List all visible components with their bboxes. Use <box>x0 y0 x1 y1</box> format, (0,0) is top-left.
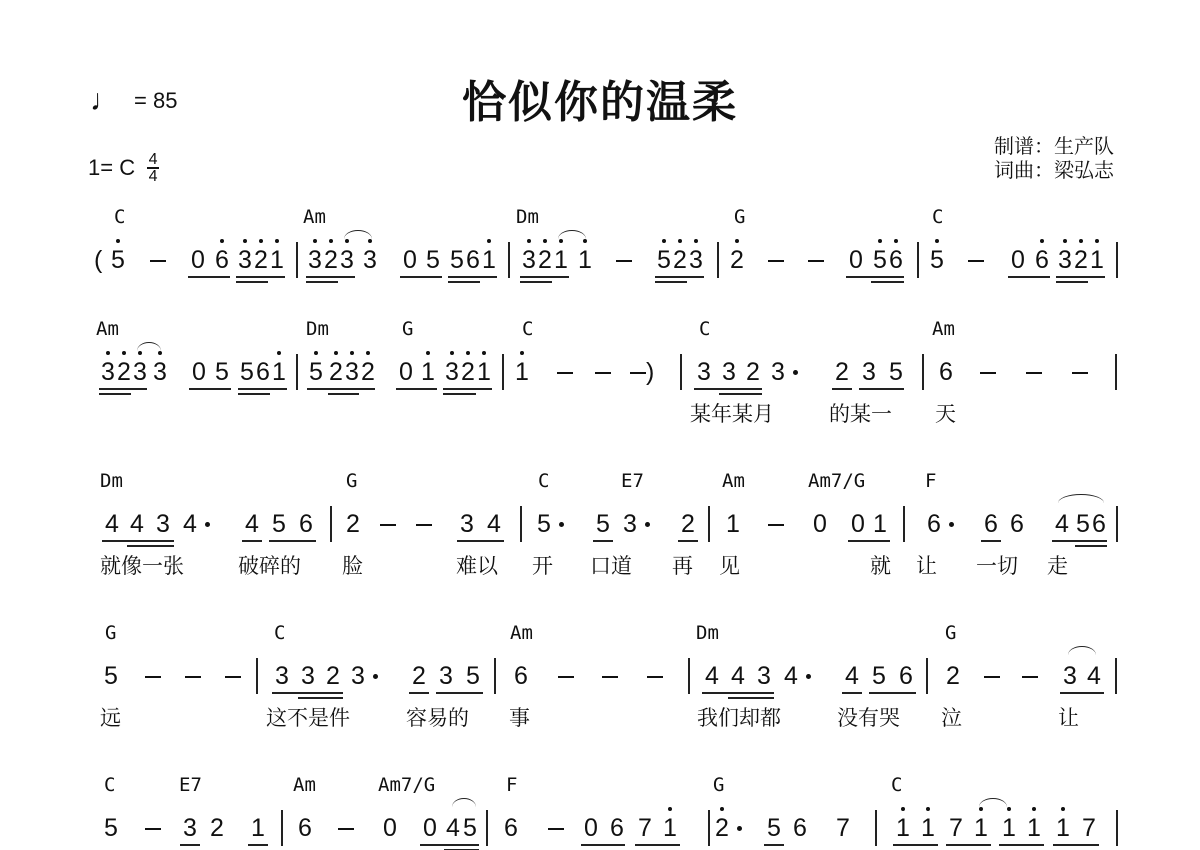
high-octave-dot-icon <box>106 351 110 355</box>
note-digit: 1 <box>270 246 284 274</box>
bar-line <box>917 242 919 278</box>
high-octave-dot-icon <box>350 351 354 355</box>
key-text: 1= C <box>88 155 135 181</box>
eighth-underline <box>832 388 852 390</box>
note: 4 <box>445 814 461 842</box>
note: 3 <box>861 358 877 386</box>
lyric-text: 这不是件 <box>266 702 350 732</box>
augmentation-dot-icon <box>645 522 650 527</box>
note-digit: 5 <box>104 662 118 690</box>
high-octave-dot-icon <box>1032 807 1036 811</box>
note-digit: 5 <box>240 358 254 386</box>
note: 4 <box>730 662 746 690</box>
note: 5 <box>103 814 119 842</box>
chord-symbol: Am <box>932 318 955 340</box>
note-digit: 1 <box>663 814 677 842</box>
chord-symbol: F <box>925 470 936 492</box>
note: 3 <box>155 510 171 538</box>
note-digit: 6 <box>514 662 528 690</box>
eighth-underline <box>236 276 285 278</box>
note: 4 <box>104 510 120 538</box>
augmentation-dot-icon <box>373 674 378 679</box>
note-digit: 6 <box>939 358 953 386</box>
note: 0 <box>850 510 866 538</box>
note: 5 <box>1075 510 1091 538</box>
lyric-text: 没有哭 <box>837 702 900 732</box>
chord-symbol: G <box>713 774 724 796</box>
bar-line <box>296 242 298 278</box>
credit-lyrics-music: 词曲：梁弘志 <box>994 158 1114 182</box>
eighth-underline <box>635 844 680 846</box>
note: 3 <box>350 662 366 690</box>
note: 3 <box>438 662 454 690</box>
note-digit: 5 <box>596 510 610 538</box>
note: 3 <box>521 246 537 274</box>
chord-symbol: Dm <box>696 622 719 644</box>
high-octave-dot-icon <box>1095 239 1099 243</box>
sustain-dash <box>630 372 646 374</box>
high-octave-dot-icon <box>259 239 263 243</box>
note: 3 <box>307 246 323 274</box>
high-octave-dot-icon <box>466 351 470 355</box>
note-digit: 4 <box>1055 510 1069 538</box>
bar-line <box>680 354 682 390</box>
note-digit: 3 <box>771 358 785 386</box>
note: 2 <box>411 662 427 690</box>
tie-slur <box>979 798 1007 807</box>
chord-symbol: Dm <box>100 470 123 492</box>
tie-slur <box>137 342 161 351</box>
eighth-underline <box>842 692 862 694</box>
augmentation-dot-icon <box>806 674 811 679</box>
high-octave-dot-icon <box>559 239 563 243</box>
eighth-underline <box>593 540 613 542</box>
note-digit: 3 <box>862 358 876 386</box>
note-digit: 3 <box>156 510 170 538</box>
note: 6 <box>1091 510 1107 538</box>
high-octave-dot-icon <box>116 239 120 243</box>
bar-line <box>486 810 488 846</box>
note: 0 <box>583 814 599 842</box>
chord-symbol: C <box>699 318 710 340</box>
note-digit: 4 <box>446 814 460 842</box>
sustain-dash <box>225 676 241 678</box>
note-digit: 6 <box>504 814 518 842</box>
sustain-dash <box>1026 372 1042 374</box>
note-digit: 1 <box>1090 246 1104 274</box>
eighth-underline <box>1056 276 1105 278</box>
lyric-text: 容易的 <box>406 702 469 732</box>
note: 1 <box>1055 814 1071 842</box>
lyric-text: 就 <box>870 550 891 580</box>
note: 3 <box>344 358 360 386</box>
note: 4 <box>1054 510 1070 538</box>
tie-slur <box>344 230 372 239</box>
note-digit: 4 <box>1087 662 1101 690</box>
note-digit: 4 <box>130 510 144 538</box>
time-signature-top: 4 <box>149 152 158 167</box>
note-digit: 1 <box>896 814 910 842</box>
sustain-dash <box>557 372 573 374</box>
note: 5 <box>449 246 465 274</box>
note-digit: 6 <box>899 662 913 690</box>
note: 0 <box>402 246 418 274</box>
note-digit: 3 <box>689 246 703 274</box>
tie-slur <box>1068 646 1096 655</box>
high-octave-dot-icon <box>243 239 247 243</box>
note: 5 <box>465 662 481 690</box>
note-digit: 5 <box>215 358 229 386</box>
chord-symbol: Am <box>293 774 316 796</box>
eighth-underline <box>242 540 262 542</box>
note: 3 <box>770 358 786 386</box>
eighth-underline <box>981 540 1001 542</box>
note: 5 <box>888 358 904 386</box>
note: 5 <box>872 246 888 274</box>
eighth-underline <box>869 692 916 694</box>
sixteenth-underline <box>1075 545 1107 547</box>
note-digit: 1 <box>554 246 568 274</box>
note-digit: 2 <box>835 358 849 386</box>
note: 2 <box>729 246 745 274</box>
note: 1 <box>973 814 989 842</box>
note-digit: 2 <box>326 662 340 690</box>
note-digit: 6 <box>215 246 229 274</box>
note: 4 <box>182 510 198 538</box>
note-digit: 3 <box>133 358 147 386</box>
note-digit: 3 <box>757 662 771 690</box>
note: 3 <box>300 662 316 690</box>
note: 2 <box>253 246 269 274</box>
sustain-dash <box>416 524 432 526</box>
sixteenth-underline <box>655 281 687 283</box>
note-digit: 2 <box>673 246 687 274</box>
chord-symbol: Am <box>510 622 533 644</box>
key-signature: 1= C 4 4 <box>88 152 159 184</box>
note-digit: 4 <box>705 662 719 690</box>
note: 1 <box>1089 246 1105 274</box>
note-digit: 2 <box>746 358 760 386</box>
note: 1 <box>920 814 936 842</box>
note: 2 <box>460 358 476 386</box>
lyric-text: 再 <box>672 550 693 580</box>
note-digit: 2 <box>117 358 131 386</box>
sustain-dash <box>145 828 161 830</box>
chord-symbol: G <box>346 470 357 492</box>
note-digit: 4 <box>845 662 859 690</box>
lyric-text: 破碎的 <box>238 550 301 580</box>
note-digit: 5 <box>537 510 551 538</box>
sustain-dash <box>602 676 618 678</box>
high-octave-dot-icon <box>1061 807 1065 811</box>
eighth-underline <box>420 844 479 846</box>
chord-symbol: Am7/G <box>378 774 435 796</box>
eighth-underline <box>1008 276 1050 278</box>
chord-symbol: C <box>891 774 902 796</box>
lyric-text: 难以 <box>456 550 498 580</box>
eighth-underline <box>248 844 268 846</box>
note-digit: 7 <box>949 814 963 842</box>
note: 1 <box>725 510 741 538</box>
note-digit: 6 <box>889 246 903 274</box>
high-octave-dot-icon <box>662 239 666 243</box>
sustain-dash <box>595 372 611 374</box>
note: 1 <box>895 814 911 842</box>
note: 2 <box>325 662 341 690</box>
note-digit: 1 <box>251 814 265 842</box>
augmentation-dot-icon <box>559 522 564 527</box>
sustain-dash <box>808 260 824 262</box>
bar-line <box>1115 658 1117 694</box>
sixteenth-underline <box>871 281 904 283</box>
note-digit: 0 <box>584 814 598 842</box>
note-digit: 3 <box>340 246 354 274</box>
high-octave-dot-icon <box>487 239 491 243</box>
lyric-text: 天 <box>935 398 956 428</box>
high-octave-dot-icon <box>527 239 531 243</box>
lyric-text: 走 <box>1047 550 1068 580</box>
note-digit: 6 <box>1035 246 1049 274</box>
eighth-underline <box>238 388 287 390</box>
sustain-dash <box>150 260 166 262</box>
note-digit: 1 <box>421 358 435 386</box>
note-digit: 6 <box>466 246 480 274</box>
chord-symbol: C <box>104 774 115 796</box>
chord-symbol: C <box>114 206 125 228</box>
note: 7 <box>637 814 653 842</box>
eighth-underline <box>946 844 991 846</box>
note: 1 <box>1001 814 1017 842</box>
eighth-underline <box>1053 844 1099 846</box>
note-digit: 3 <box>697 358 711 386</box>
sustain-dash <box>984 676 1000 678</box>
note: 6 <box>465 246 481 274</box>
lyric-text: 远 <box>100 702 121 732</box>
note-digit: 3 <box>460 510 474 538</box>
note-digit: 1 <box>482 246 496 274</box>
sustain-dash <box>768 260 784 262</box>
high-octave-dot-icon <box>314 351 318 355</box>
note: 6 <box>983 510 999 538</box>
high-octave-dot-icon <box>901 807 905 811</box>
note-digit: 3 <box>345 358 359 386</box>
note: 5 <box>536 510 552 538</box>
note-digit: 3 <box>522 246 536 274</box>
chord-symbol: Am <box>303 206 326 228</box>
note-digit: 6 <box>984 510 998 538</box>
note: 6 <box>255 358 271 386</box>
eighth-underline <box>307 388 375 390</box>
note: 6 <box>214 246 230 274</box>
high-octave-dot-icon <box>720 807 724 811</box>
high-octave-dot-icon <box>138 351 142 355</box>
lyric-text: 开 <box>532 550 553 580</box>
note: 4 <box>704 662 720 690</box>
lyric-text: 泣 <box>941 702 962 732</box>
note-digit: 1 <box>477 358 491 386</box>
note-digit: 5 <box>873 246 887 274</box>
bar-line <box>502 354 504 390</box>
note-digit: 0 <box>851 510 865 538</box>
time-signature-bottom: 4 <box>149 169 158 184</box>
note: 6 <box>503 814 519 842</box>
note: 1 <box>420 358 436 386</box>
note-digit: 0 <box>399 358 413 386</box>
augmentation-dot-icon <box>793 370 798 375</box>
note: 5 <box>462 814 478 842</box>
high-octave-dot-icon <box>678 239 682 243</box>
high-octave-dot-icon <box>277 351 281 355</box>
lyric-text: 让 <box>1058 702 1079 732</box>
note: 5 <box>271 510 287 538</box>
note-digit: 2 <box>715 814 729 842</box>
bar-line <box>1116 242 1118 278</box>
note: 3 <box>132 358 148 386</box>
high-octave-dot-icon <box>334 351 338 355</box>
sustain-dash <box>647 676 663 678</box>
note: 6 <box>1034 246 1050 274</box>
lyric-text: 见 <box>719 550 740 580</box>
chord-symbol: Am <box>96 318 119 340</box>
eighth-underline <box>694 388 762 390</box>
note-digit: 1 <box>272 358 286 386</box>
note: 1 <box>481 246 497 274</box>
eighth-underline <box>848 540 890 542</box>
eighth-underline <box>448 276 497 278</box>
sixteenth-underline <box>236 281 268 283</box>
note: 5 <box>103 662 119 690</box>
sixteenth-underline <box>1056 281 1088 283</box>
note-digit: 5 <box>767 814 781 842</box>
note-digit: 0 <box>191 246 205 274</box>
sixteenth-underline <box>127 545 174 547</box>
note-digit: 2 <box>210 814 224 842</box>
note: 2 <box>328 358 344 386</box>
note: 3 <box>756 662 772 690</box>
note-digit: 2 <box>254 246 268 274</box>
augmentation-dot-icon <box>737 826 742 831</box>
note-digit: 5 <box>889 358 903 386</box>
high-octave-dot-icon <box>1079 239 1083 243</box>
note: 6 <box>513 662 529 690</box>
sixteenth-underline <box>448 281 480 283</box>
eighth-underline <box>457 540 504 542</box>
sustain-dash <box>145 676 161 678</box>
bar-line <box>256 658 258 694</box>
note: 1 <box>271 358 287 386</box>
note-digit: 2 <box>538 246 552 274</box>
augmentation-dot-icon <box>205 522 210 527</box>
high-octave-dot-icon <box>926 807 930 811</box>
song-title: 恰似你的温柔 <box>0 66 1200 130</box>
bar-line <box>688 658 690 694</box>
sustain-dash <box>980 372 996 374</box>
sixteenth-underline <box>728 697 774 699</box>
note: 3 <box>339 246 355 274</box>
note: 3 <box>100 358 116 386</box>
note: 5 <box>214 358 230 386</box>
sustain-dash <box>338 828 354 830</box>
note-digit: 4 <box>487 510 501 538</box>
note: 0 <box>422 814 438 842</box>
note: 3 <box>237 246 253 274</box>
note-digit: 3 <box>623 510 637 538</box>
note: 2 <box>116 358 132 386</box>
high-octave-dot-icon <box>313 239 317 243</box>
note-digit: 3 <box>363 246 377 274</box>
note: 0 <box>191 358 207 386</box>
high-octave-dot-icon <box>935 239 939 243</box>
note: 6 <box>609 814 625 842</box>
sustain-dash <box>380 524 396 526</box>
note-digit: 6 <box>1010 510 1024 538</box>
eighth-underline <box>272 692 343 694</box>
lyric-text: 的某一 <box>829 398 892 428</box>
note-digit: 0 <box>1011 246 1025 274</box>
note: 4 <box>844 662 860 690</box>
sixteenth-underline <box>520 281 552 283</box>
high-octave-dot-icon <box>543 239 547 243</box>
note-digit: 1 <box>1027 814 1041 842</box>
parenthesis: ) <box>646 358 654 386</box>
chord-symbol: Am <box>722 470 745 492</box>
note: 3 <box>182 814 198 842</box>
note-digit: 6 <box>256 358 270 386</box>
high-octave-dot-icon <box>583 239 587 243</box>
bar-line <box>520 506 522 542</box>
eighth-underline <box>764 844 784 846</box>
note: 0 <box>812 510 828 538</box>
chord-symbol: E7 <box>179 774 202 796</box>
note: 1 <box>577 246 593 274</box>
sixteenth-underline <box>99 393 131 395</box>
note: 3 <box>721 358 737 386</box>
bar-line <box>922 354 924 390</box>
note: 2 <box>360 358 376 386</box>
lyric-text: 脸 <box>342 550 363 580</box>
note: 5 <box>929 246 945 274</box>
sustain-dash <box>558 676 574 678</box>
note: 1 <box>662 814 678 842</box>
note: 3 <box>459 510 475 538</box>
eighth-underline <box>409 692 429 694</box>
high-octave-dot-icon <box>366 351 370 355</box>
sixteenth-underline <box>328 393 359 395</box>
bar-line <box>926 658 928 694</box>
high-octave-dot-icon <box>122 351 126 355</box>
note: 0 <box>190 246 206 274</box>
note-digit: 0 <box>423 814 437 842</box>
note-digit: 3 <box>238 246 252 274</box>
sixteenth-underline <box>443 393 476 395</box>
bar-line <box>903 506 905 542</box>
note: 5 <box>656 246 672 274</box>
note: 2 <box>209 814 225 842</box>
high-octave-dot-icon <box>450 351 454 355</box>
chord-symbol: G <box>402 318 413 340</box>
note-digit: 3 <box>183 814 197 842</box>
note: 3 <box>274 662 290 690</box>
note-digit: 2 <box>329 358 343 386</box>
note: 2 <box>714 814 730 842</box>
chord-symbol: C <box>538 470 549 492</box>
bar-line <box>494 658 496 694</box>
note-digit: 5 <box>104 814 118 842</box>
note-digit: 4 <box>183 510 197 538</box>
note-digit: 0 <box>383 814 397 842</box>
note-digit: 3 <box>445 358 459 386</box>
high-octave-dot-icon <box>426 351 430 355</box>
